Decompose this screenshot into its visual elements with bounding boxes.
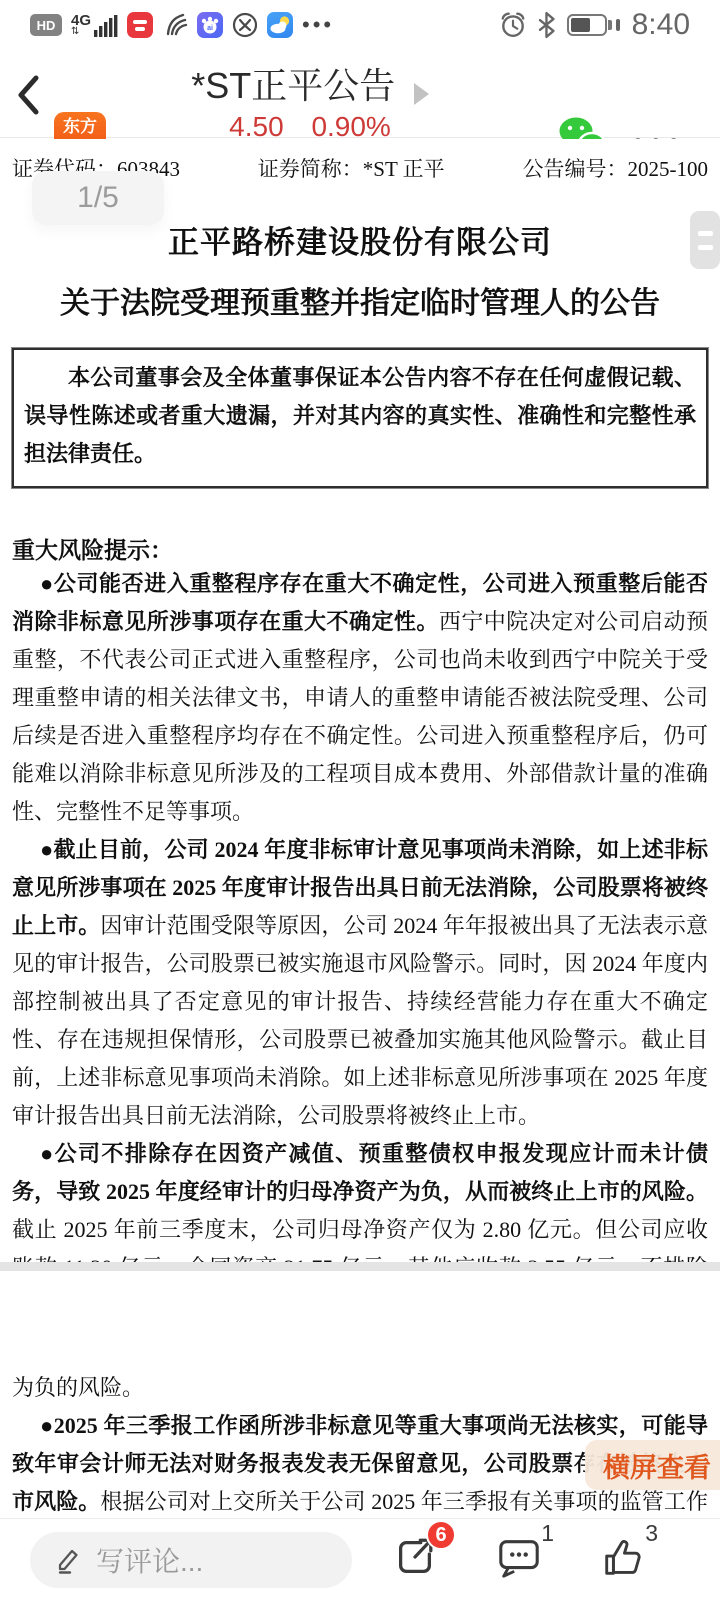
comment-placeholder: 写评论...	[96, 1540, 203, 1580]
risk-paragraph-2: ●截止目前，公司 2024 年度非标审计意见事项尚未消除，如上述非标意见所涉事项…	[12, 831, 708, 1135]
back-button[interactable]	[16, 74, 40, 121]
page-break-divider	[0, 1262, 720, 1271]
comments-button[interactable]: 1	[496, 1534, 542, 1585]
scroll-handle[interactable]	[690, 211, 720, 269]
weather-app-icon	[267, 12, 293, 38]
alarm-icon	[499, 11, 527, 39]
svg-text:ai: ai	[207, 25, 213, 32]
comment-input[interactable]: 写评论...	[30, 1532, 352, 1588]
stock-price: 4.50	[229, 111, 284, 142]
signal-bars-icon	[94, 15, 118, 37]
bluetooth-icon	[537, 11, 557, 39]
paw-app-icon: ai	[197, 12, 223, 38]
risk-paragraph-3: ●公司不排除存在因资产减值、预重整债权申报发现应计而未计债务，导致 2025 年…	[12, 1135, 708, 1262]
ring-app-icon	[232, 12, 258, 38]
comment-icon	[496, 1534, 542, 1580]
bottom-bar: 写评论... 6 1 3	[0, 1518, 720, 1600]
share-button[interactable]: 6	[392, 1534, 438, 1585]
like-count: 3	[645, 1520, 658, 1547]
clock-time: 8:40	[632, 8, 690, 42]
notice-number: 公告编号：2025-100	[522, 153, 708, 183]
status-more-icon: •••	[302, 20, 334, 30]
red-app-icon	[127, 12, 153, 38]
risk-paragraph-1: ●公司能否进入重整程序存在重大不确定性，公司进入预重整后能否消除非标意见所涉事项…	[12, 565, 708, 831]
network-indicator: 4G ⇅	[71, 14, 118, 37]
battery-icon	[567, 14, 620, 36]
swirl-app-icon	[162, 12, 188, 38]
stock-change: 0.90%	[311, 111, 390, 142]
share-badge: 6	[426, 1520, 456, 1550]
network-type-label: 4G	[71, 14, 91, 27]
status-bar: HD 4G ⇅ ai	[0, 0, 720, 50]
security-name: 证券简称：*ST 正平	[258, 153, 445, 183]
comment-count: 1	[541, 1520, 554, 1547]
page-indicator: 1/5	[32, 171, 164, 225]
back-icon	[16, 74, 40, 116]
pencil-icon	[52, 1545, 82, 1575]
risk-heading: 重大风险提示：	[12, 532, 708, 565]
carryover-line: 为负的风险。	[12, 1369, 708, 1407]
expand-triangle-icon[interactable]	[414, 83, 429, 105]
app-header: 东方 财富 *ST正平公告 4.50 0.90% •••	[0, 50, 720, 138]
declaration-box: 本公司董事会及全体董事保证本公告内容不存在任何虚假记载、误导性陈述或者重大遗漏，…	[12, 348, 708, 488]
page-title: *ST正平公告	[191, 58, 395, 109]
hd-icon: HD	[30, 14, 62, 36]
thumbs-up-icon	[600, 1534, 646, 1580]
announcement-page-1: 证券代码：603843 证券简称：*ST 正平 公告编号：2025-100 1/…	[0, 139, 720, 1262]
like-button[interactable]: 3	[600, 1534, 646, 1585]
landscape-view-button[interactable]: 横屏查看	[585, 1440, 720, 1490]
doc-announcement-title: 关于法院受理预重整并指定临时管理人的公告	[12, 278, 708, 322]
logo-line1: 东方	[63, 116, 97, 138]
